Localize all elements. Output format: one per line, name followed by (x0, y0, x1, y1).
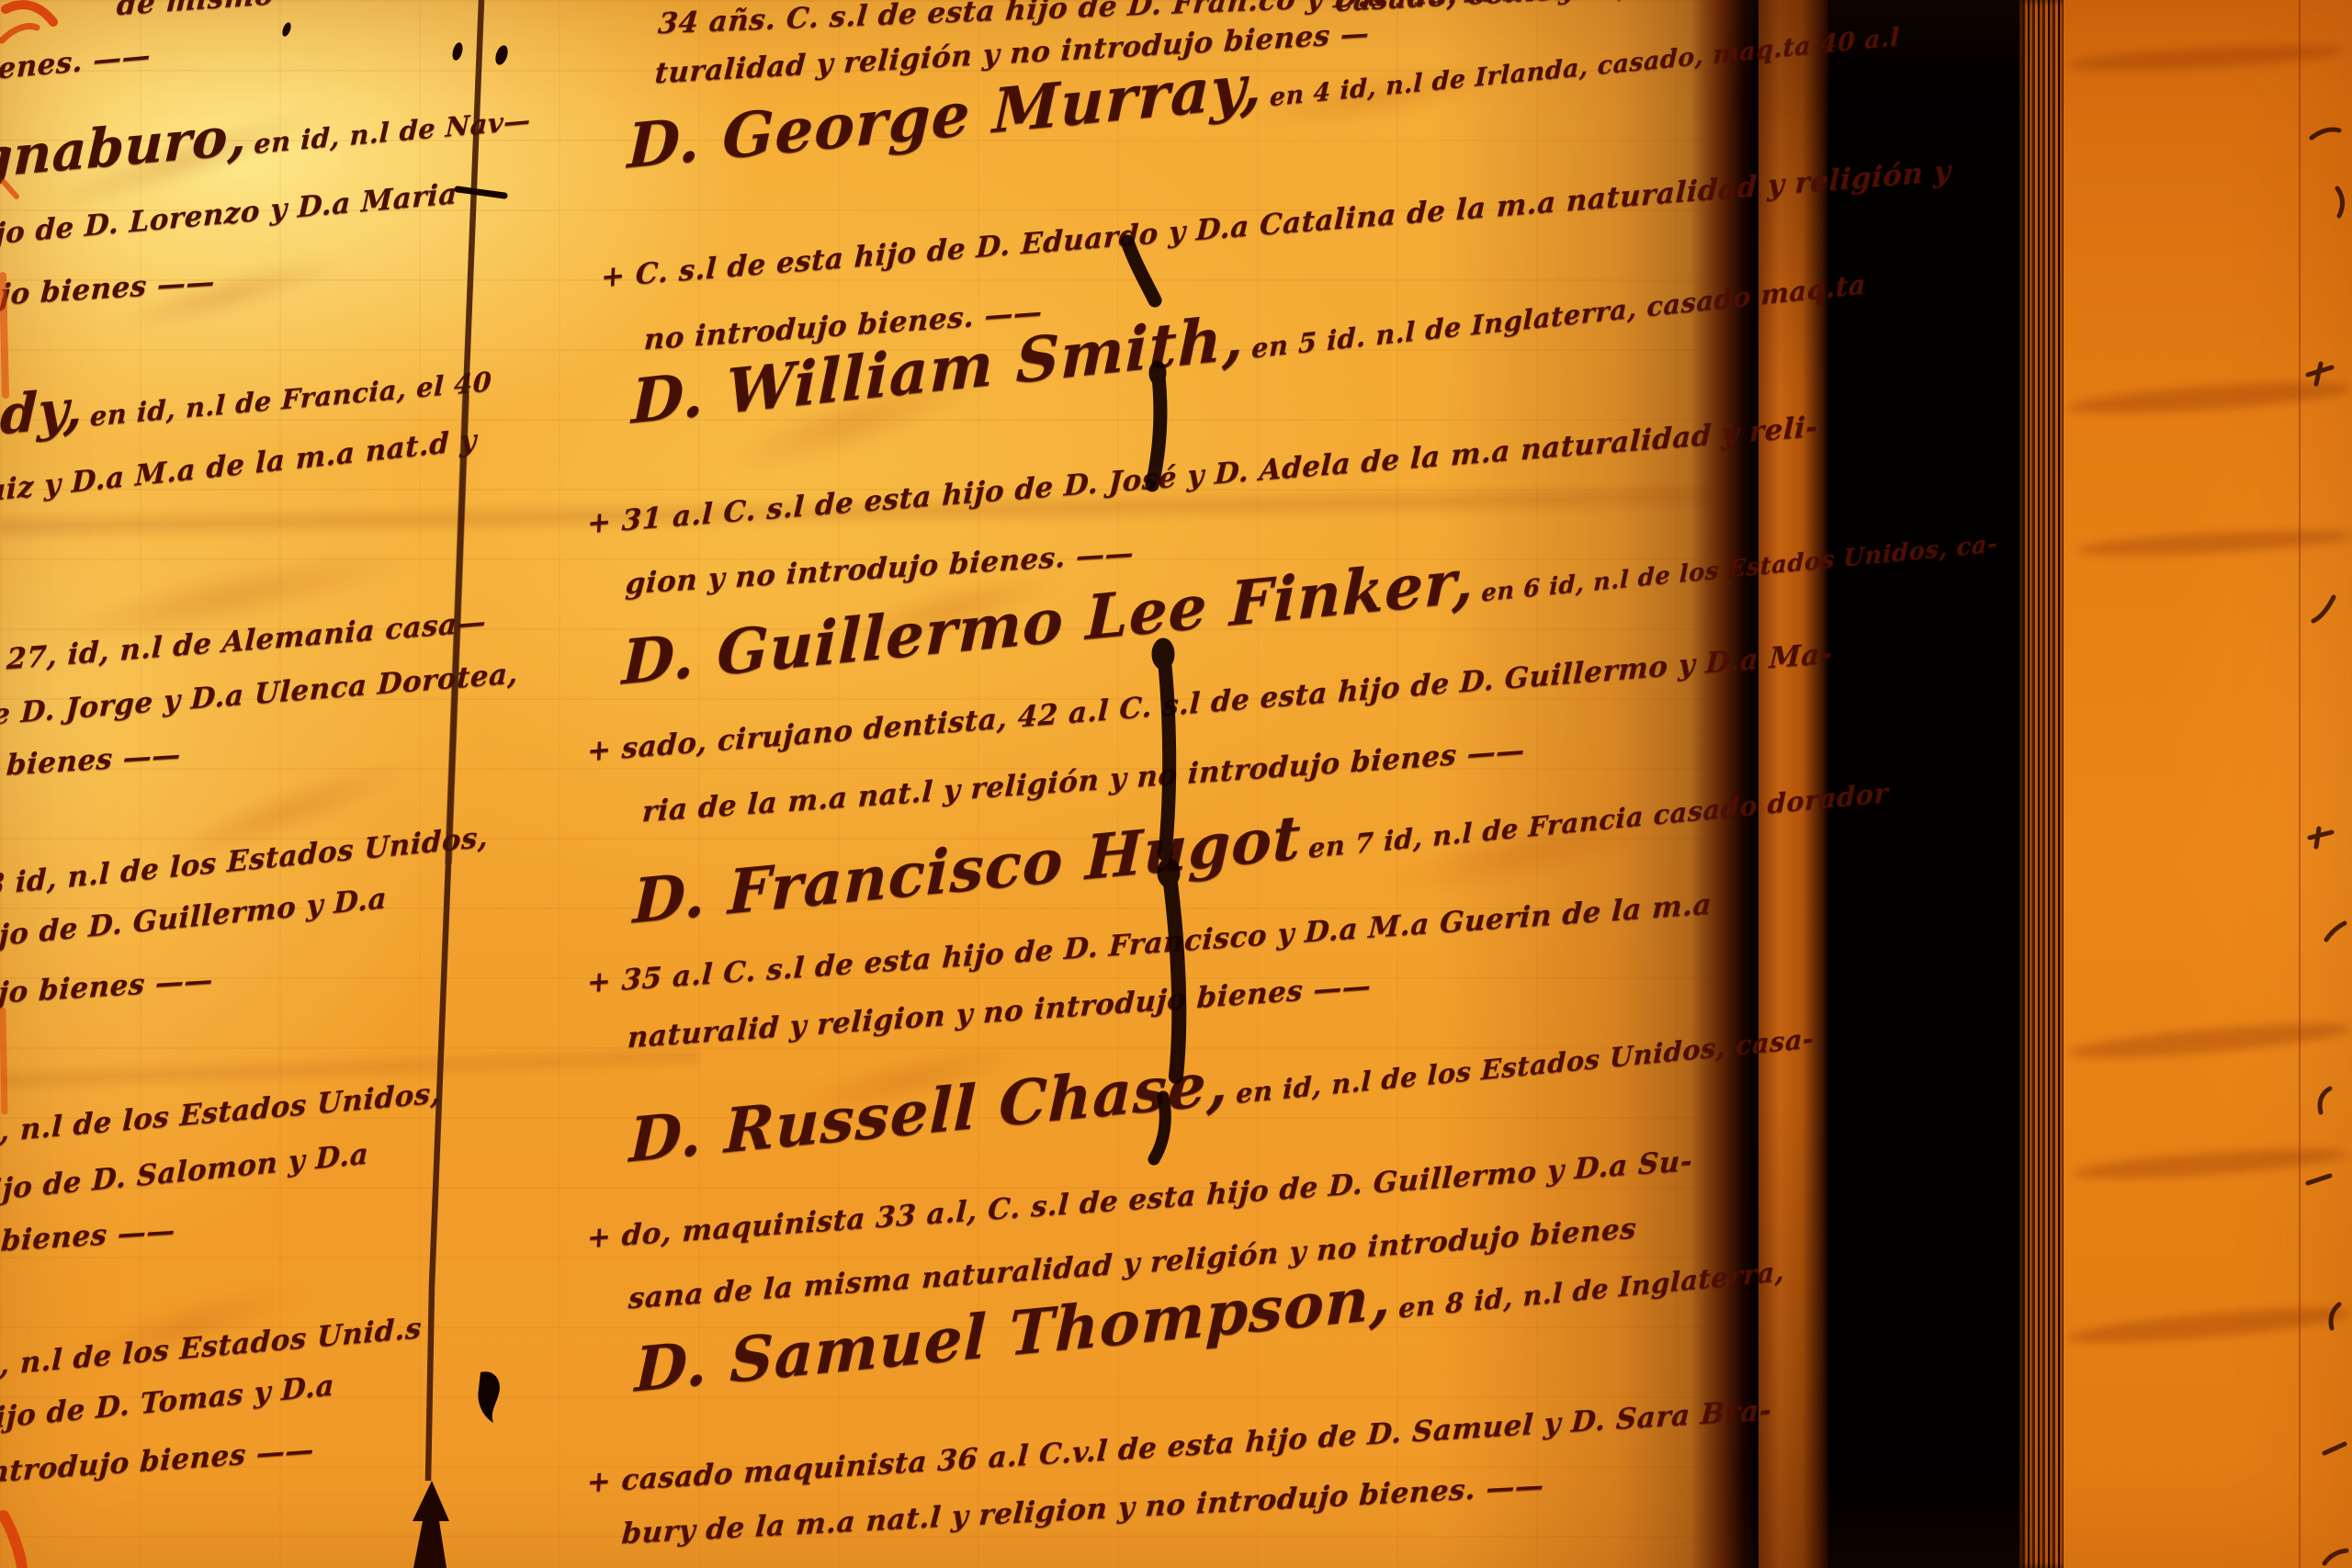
stacked-page-edges (2018, 0, 2064, 1568)
name-tail: edy, (0, 377, 85, 450)
right-page-rule-line (2299, 0, 2301, 1568)
manuscript-photo: de mismo bienes. —— ignaburo,en id, n.l … (0, 0, 2352, 1568)
